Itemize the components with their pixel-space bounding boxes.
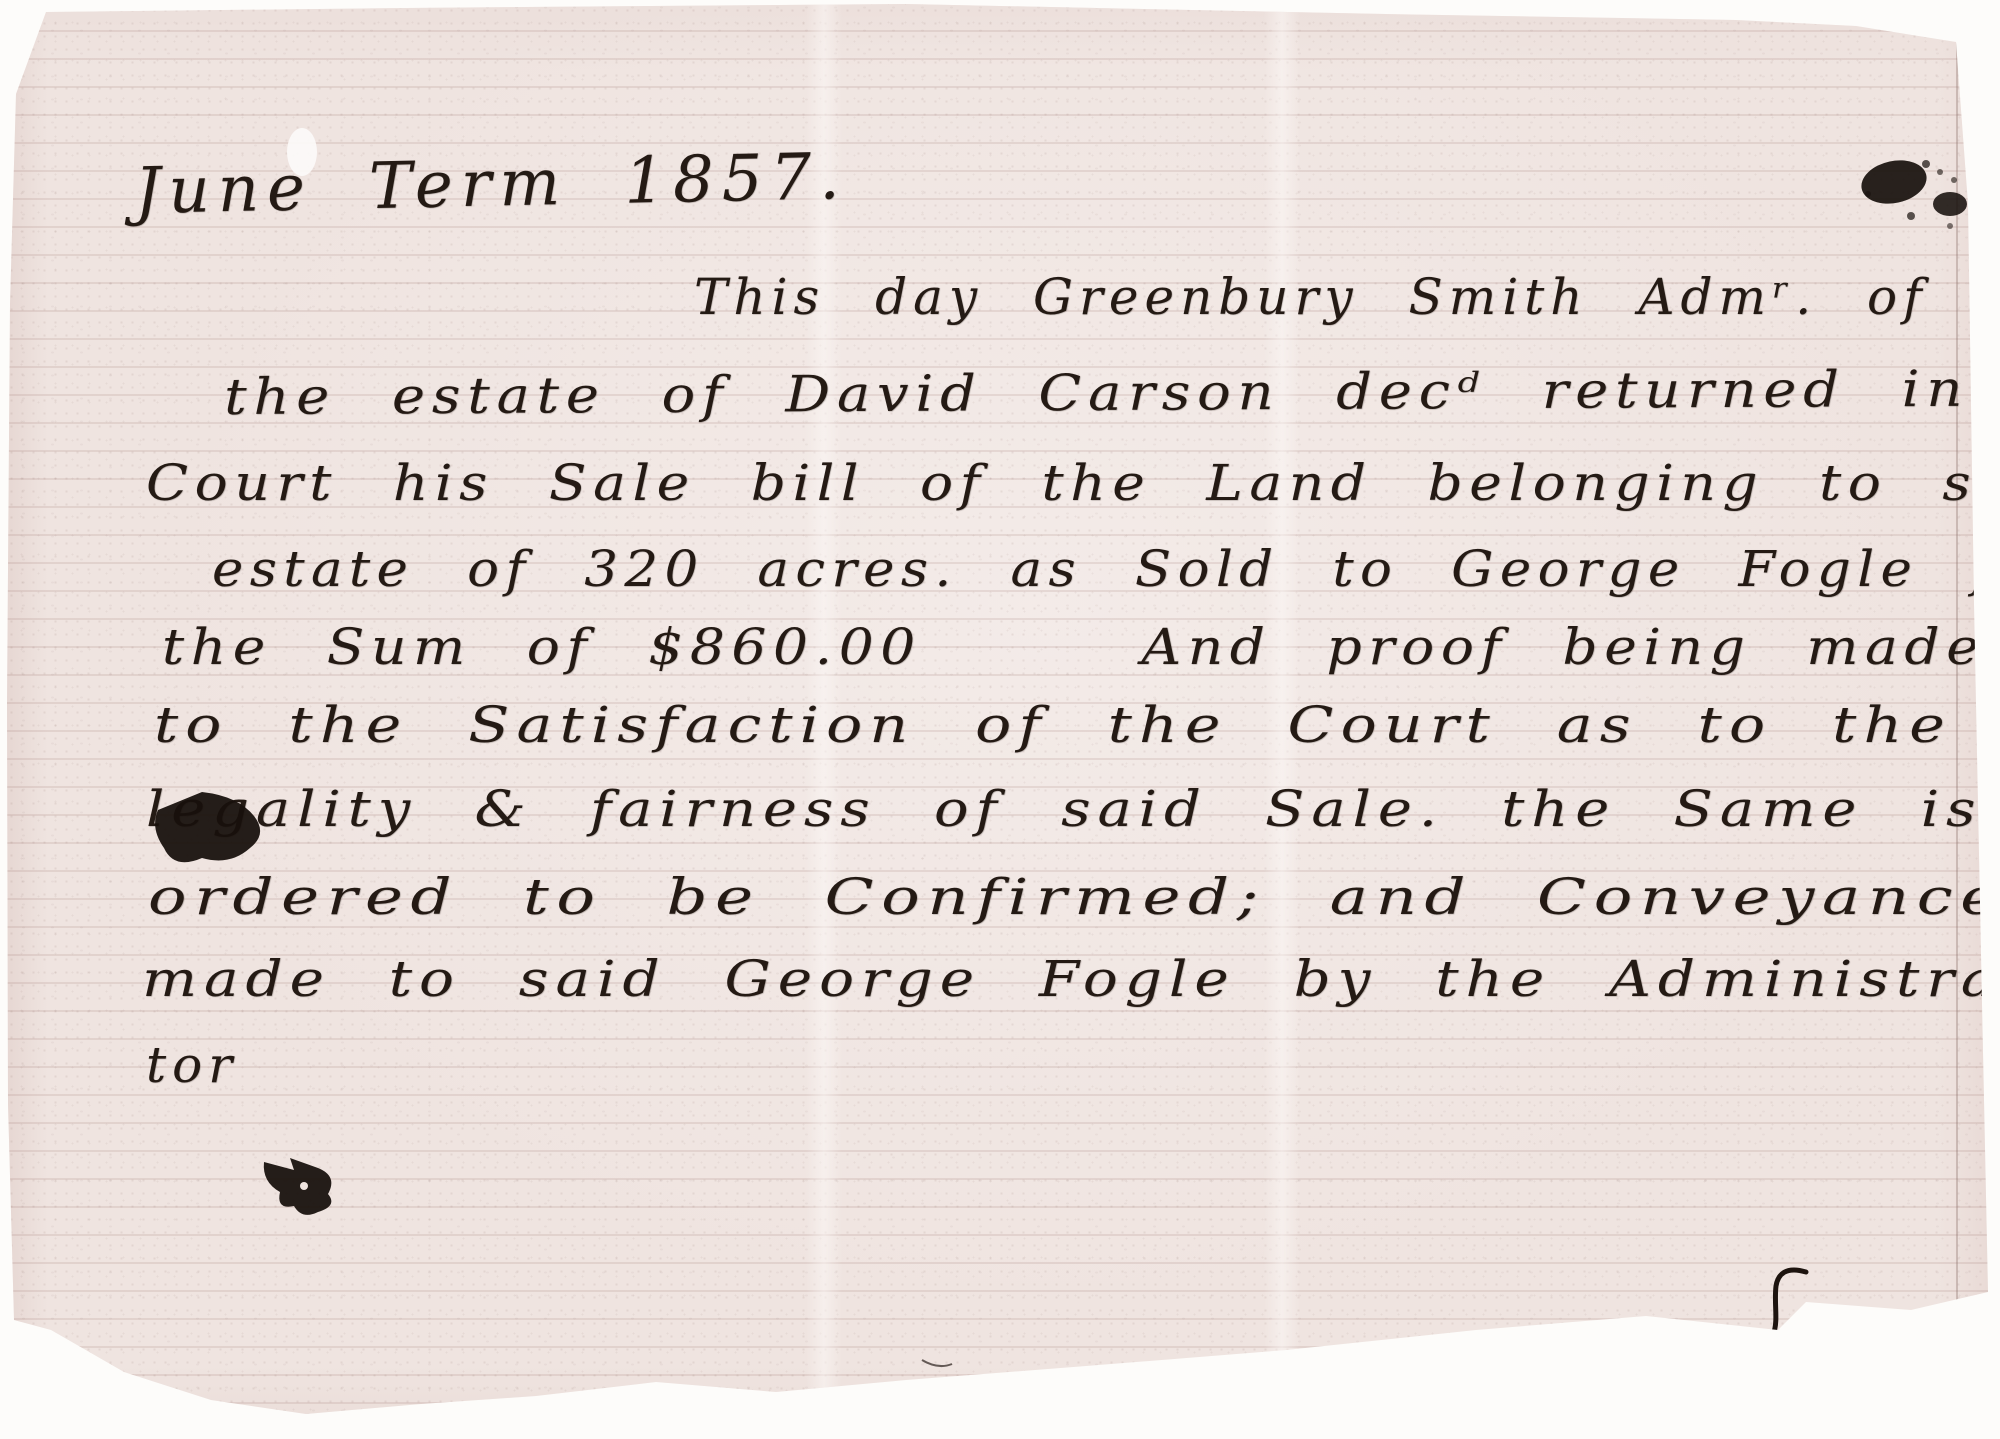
ink-blot-left-margin-shape bbox=[155, 792, 260, 862]
ink-blot-bottom-left-shape bbox=[264, 1158, 332, 1215]
scanned-document: June Term 1857. This day Greenbury Smith… bbox=[0, 0, 2000, 1439]
tear-crack-bottom-left-shape bbox=[18, 1326, 100, 1414]
paper-marks bbox=[6, 4, 1992, 1434]
tear-mark-bottom-right-shape bbox=[1774, 1270, 1806, 1332]
ink-smudge-top-right-shape bbox=[1857, 155, 1967, 229]
paper-flaw-spot bbox=[287, 128, 317, 176]
paper-sheet: June Term 1857. This day Greenbury Smith… bbox=[6, 4, 1992, 1434]
